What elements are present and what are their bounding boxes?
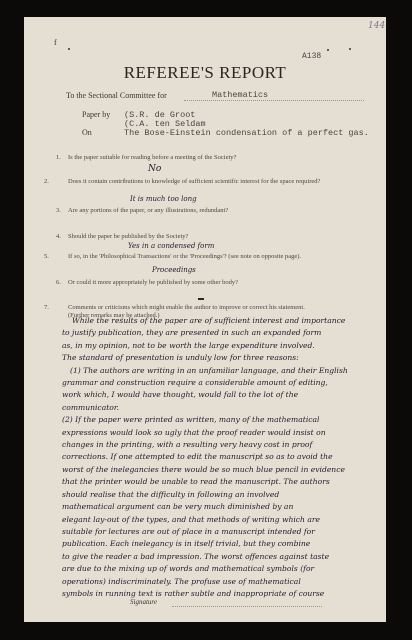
handwritten-comments: While the results of the paper are of su… xyxy=(62,315,378,600)
answer-2: It is much too long xyxy=(130,195,197,203)
answer-4: Yes in a condensed form xyxy=(128,242,214,250)
page-number-annotation: 144 xyxy=(368,21,385,31)
answer-5: Proceedings xyxy=(152,266,196,274)
answer-1: No xyxy=(148,164,161,174)
question-2: 2.Does it contain contributions to knowl… xyxy=(56,178,368,186)
on-label: On xyxy=(82,128,92,137)
question-5: 5.If so, in the 'Philosophical Transacti… xyxy=(56,253,368,261)
committee-label: To the Sectional Committee for xyxy=(66,91,167,100)
question-6: 6.Or could it more appropriately be publ… xyxy=(56,279,356,287)
dash-mark xyxy=(198,298,204,300)
committee-value: Mathematics xyxy=(212,90,268,100)
referee-report-page: 144 f A138 REFEREE'S REPORT To the Secti… xyxy=(24,17,386,622)
reference-code: A138 xyxy=(302,52,321,61)
paper-by-label: Paper by xyxy=(82,110,110,119)
speck xyxy=(327,49,329,51)
question-3: 3.Are any portions of the paper, or any … xyxy=(56,207,356,215)
page-title: REFEREE'S REPORT xyxy=(24,63,386,83)
speck xyxy=(349,48,351,50)
committee-line xyxy=(184,100,364,101)
question-1: 1.Is the paper suitable for reading befo… xyxy=(56,154,356,162)
question-4: 4.Should the paper be published by the S… xyxy=(56,233,356,241)
speck xyxy=(68,48,70,50)
paper-title: The Bose-Einstein condensation of a perf… xyxy=(124,128,369,138)
signature-line xyxy=(172,606,322,607)
corner-mark: f xyxy=(54,38,57,47)
signature-label: Signature xyxy=(130,598,157,606)
